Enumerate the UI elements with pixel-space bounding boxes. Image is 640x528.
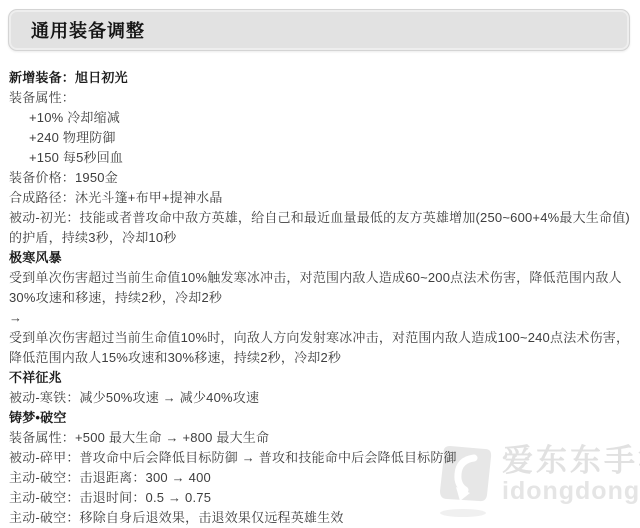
passive-hantie-change: 被动-寒铁：减少50%攻速 → 减少40%攻速 — [9, 388, 633, 408]
frost-storm-new-effect: 受到单次伤害超过当前生命值10%时，向敌人方向发射寒冰冲击，对范围内敌人造成10… — [9, 328, 633, 368]
equipment-price: 装备价格：1950金 — [9, 168, 633, 188]
pokong-passive-change: 被动-碎甲：普攻命中后会降低目标防御 → 普攻和技能命中后会降低目标防御 — [9, 448, 633, 468]
item-heading-pokong: 铸梦•破空 — [9, 408, 633, 428]
page-title: 通用装备调整 — [31, 17, 145, 43]
new-equipment-heading: 新增装备：旭日初光 — [9, 68, 633, 88]
build-path: 合成路径：沐光斗篷+布甲+提神水晶 — [9, 188, 633, 208]
attr-physical-defense: +240 物理防御 — [9, 128, 633, 148]
equipment-attributes-label: 装备属性： — [9, 88, 633, 108]
pokong-attribute-change: 装备属性：+500 最大生命 → +800 最大生命 — [9, 428, 633, 448]
attr-cooldown-reduction: +10% 冷却缩减 — [9, 108, 633, 128]
pokong-knockback-distance: 主动-破空：击退距离：300 → 400 — [9, 468, 633, 488]
attr-hp-regen: +150 每5秒回血 — [9, 148, 633, 168]
passive-chuguang-description: 被动-初光：技能或者普攻命中敌方英雄，给自己和最近血量最低的友方英雄增加(250… — [9, 208, 633, 248]
item-heading-frost-storm: 极寒风暴 — [9, 248, 633, 268]
pokong-knockback-time: 主动-破空：击退时间：0.5 → 0.75 — [9, 488, 633, 508]
frost-storm-old-effect: 受到单次伤害超过当前生命值10%触发寒冰冲击，对范围内敌人造成60~200点法术… — [9, 268, 633, 308]
item-heading-ominous-omen: 不祥征兆 — [9, 368, 633, 388]
article-page: { "header": { "title": "通用装备调整" }, "cont… — [0, 0, 640, 528]
section-header: 通用装备调整 — [8, 9, 630, 51]
patch-notes-body: 新增装备：旭日初光 装备属性： +10% 冷却缩减 +240 物理防御 +150… — [0, 60, 640, 528]
change-arrow: → — [9, 308, 633, 328]
pokong-knockback-note: 主动-破空：移除自身后退效果，击退效果仅远程英雄生效 — [9, 508, 633, 528]
